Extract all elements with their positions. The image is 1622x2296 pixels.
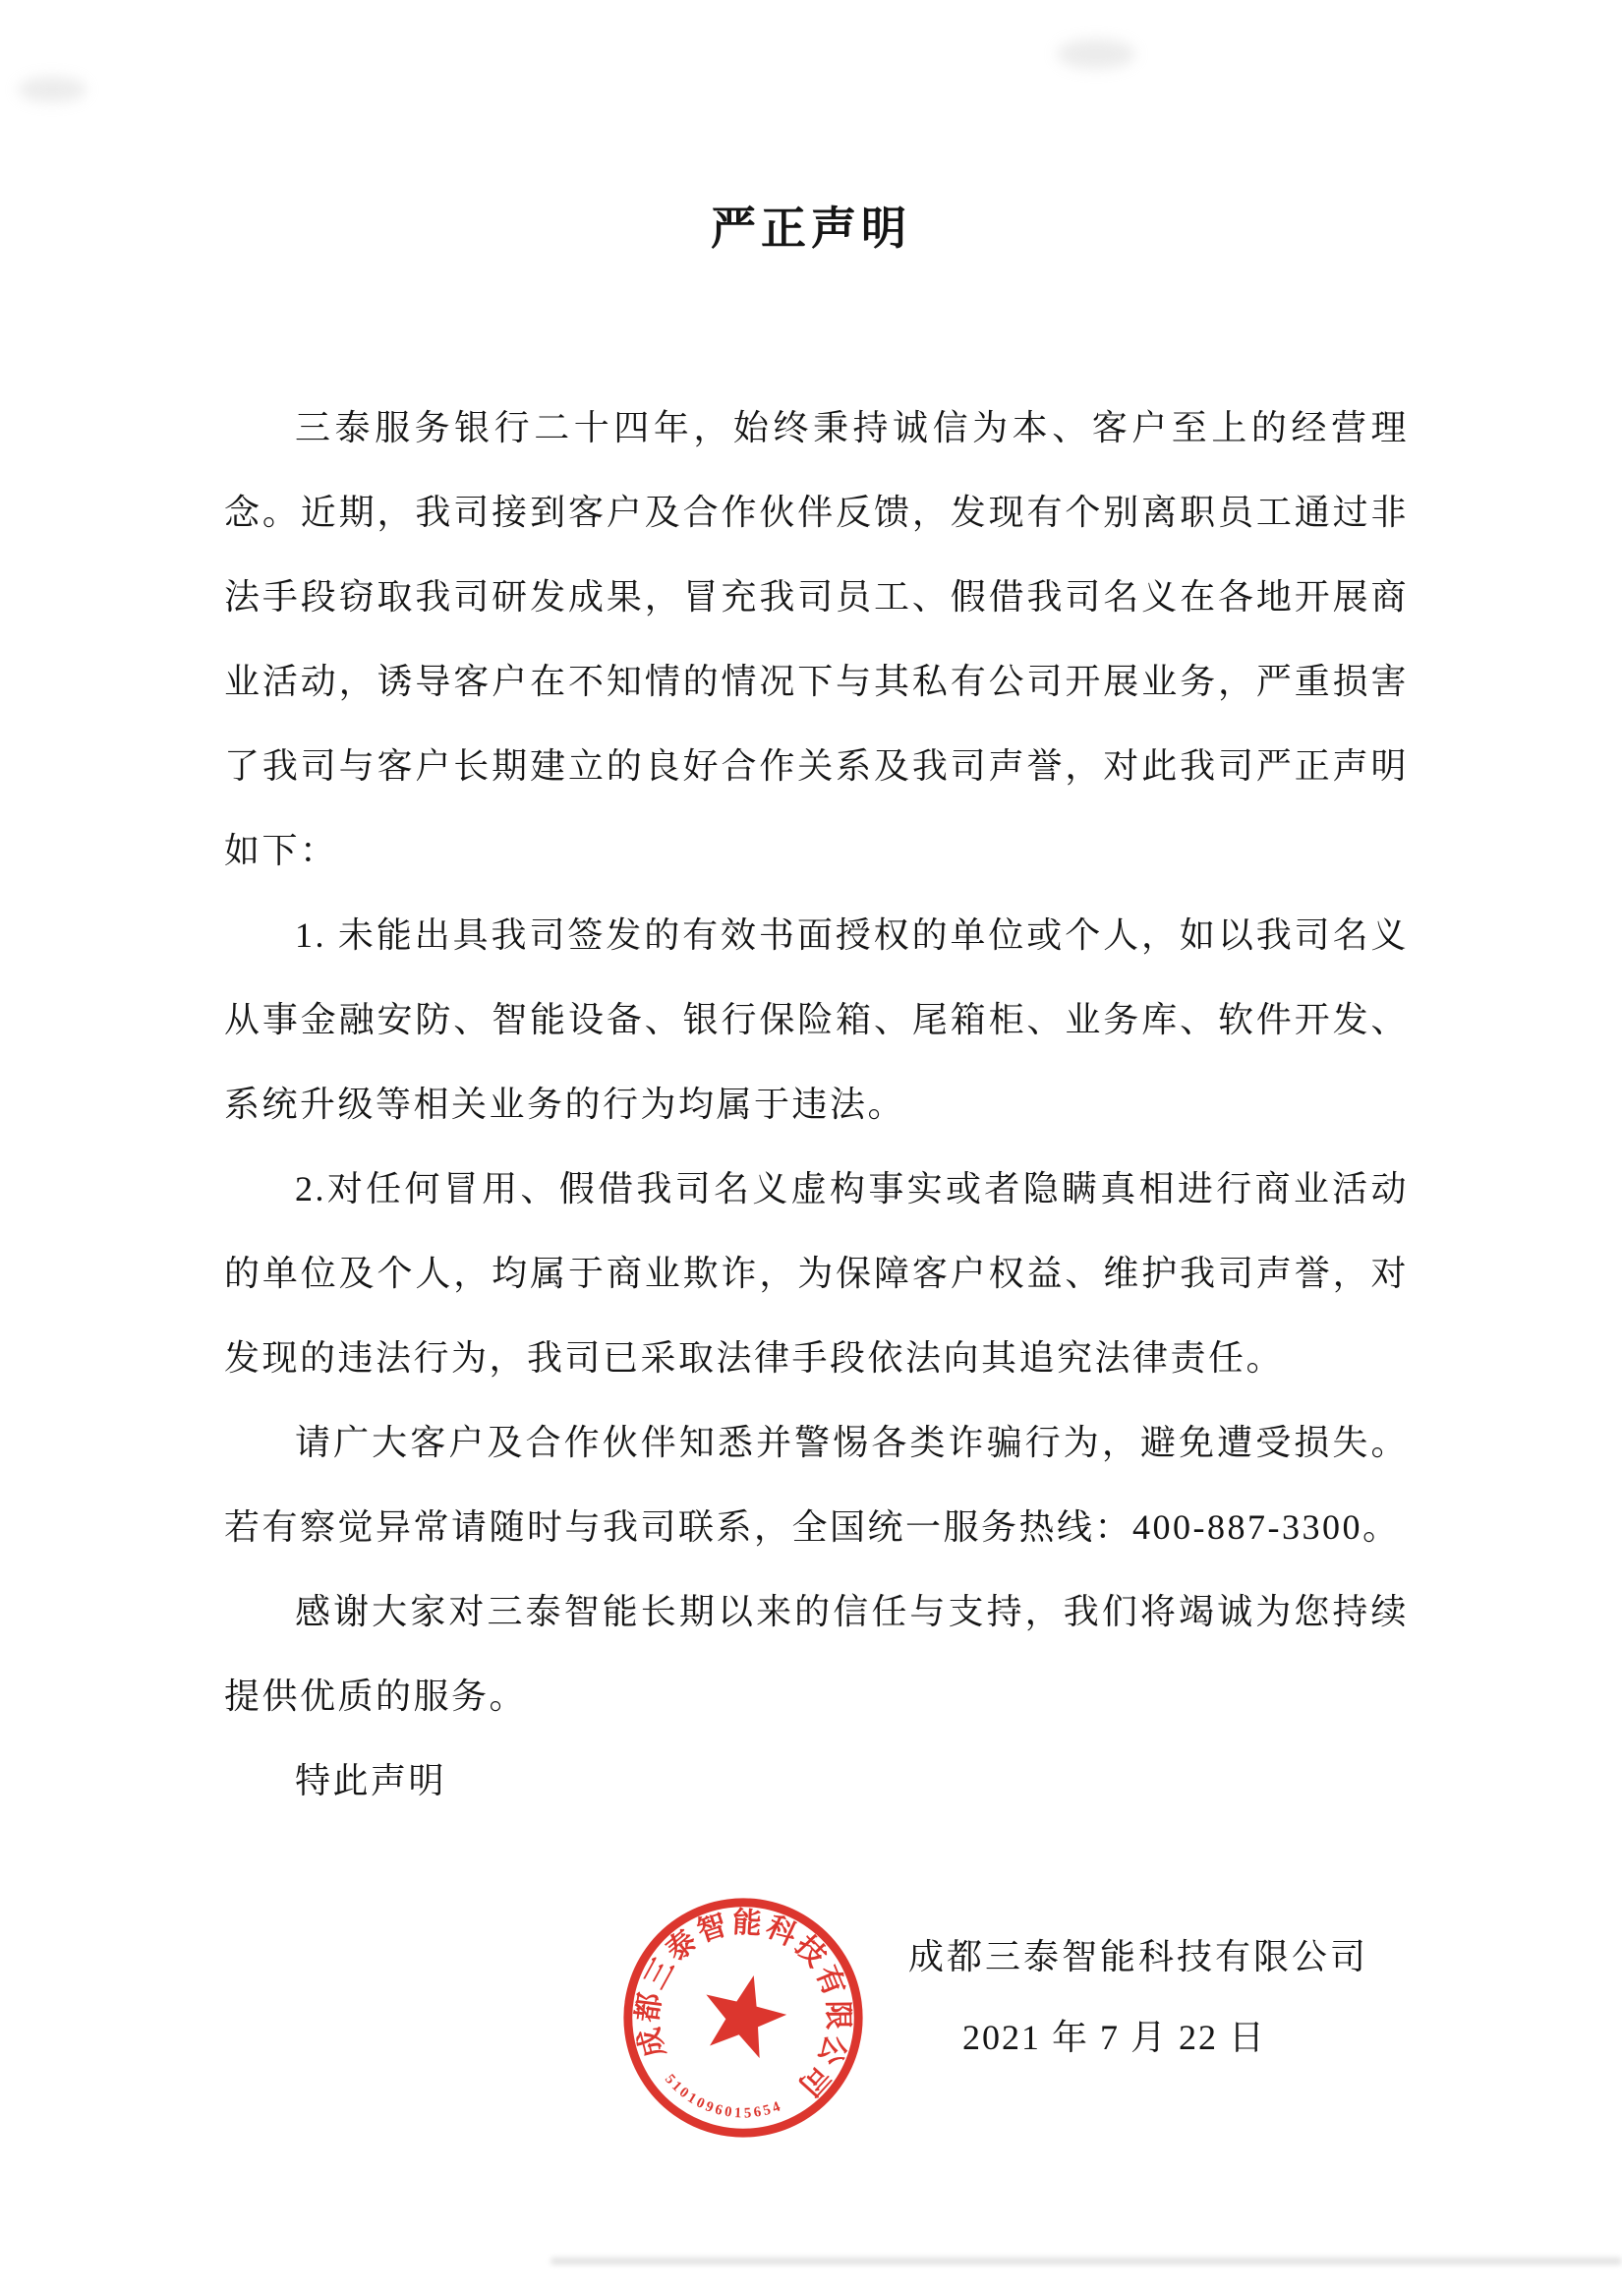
paragraph-closing: 特此声明 — [224, 1738, 1409, 1823]
paragraph-warning: 请广大客户及合作伙伴知悉并警惕各类诈骗行为，避免遭受损失。若有察觉异常请随时与我… — [224, 1400, 1409, 1569]
company-seal-stamp: 成都三泰智能科技有限公司 5101096015654 — [617, 1892, 869, 2144]
paragraph-thanks: 感谢大家对三泰智能长期以来的信任与支持，我们将竭诚为您持续提供优质的服务。 — [224, 1569, 1409, 1738]
seal-star-icon — [694, 1966, 793, 2062]
scan-streak — [550, 2258, 1622, 2265]
scan-smudge — [18, 77, 87, 102]
svg-text:5101096015654: 5101096015654 — [657, 2069, 788, 2134]
document-page: 严正声明 三泰服务银行二十四年，始终秉持诚信为本、客户至上的经营理念。近期，我司… — [0, 0, 1622, 2296]
signature-date: 2021 年 7 月 22 日 — [962, 2010, 1266, 2060]
signature-company: 成都三泰智能科技有限公司 — [908, 1929, 1368, 1979]
scan-smudge — [1057, 39, 1135, 69]
paragraph-intro: 三泰服务银行二十四年，始终秉持诚信为本、客户至上的经营理念。近期，我司接到客户及… — [224, 385, 1409, 893]
paragraph-item-1: 1. 未能出具我司签发的有效书面授权的单位或个人，如以我司名义从事金融安防、智能… — [224, 893, 1409, 1147]
paragraph-item-2: 2.对任何冒用、假借我司名义虚构事实或者隐瞒真相进行商业活动的单位及个人，均属于… — [224, 1147, 1409, 1400]
document-body: 三泰服务银行二十四年，始终秉持诚信为本、客户至上的经营理念。近期，我司接到客户及… — [224, 385, 1409, 1823]
seal-serial-number: 5101096015654 — [657, 2069, 788, 2134]
page-title: 严正声明 — [0, 193, 1622, 258]
